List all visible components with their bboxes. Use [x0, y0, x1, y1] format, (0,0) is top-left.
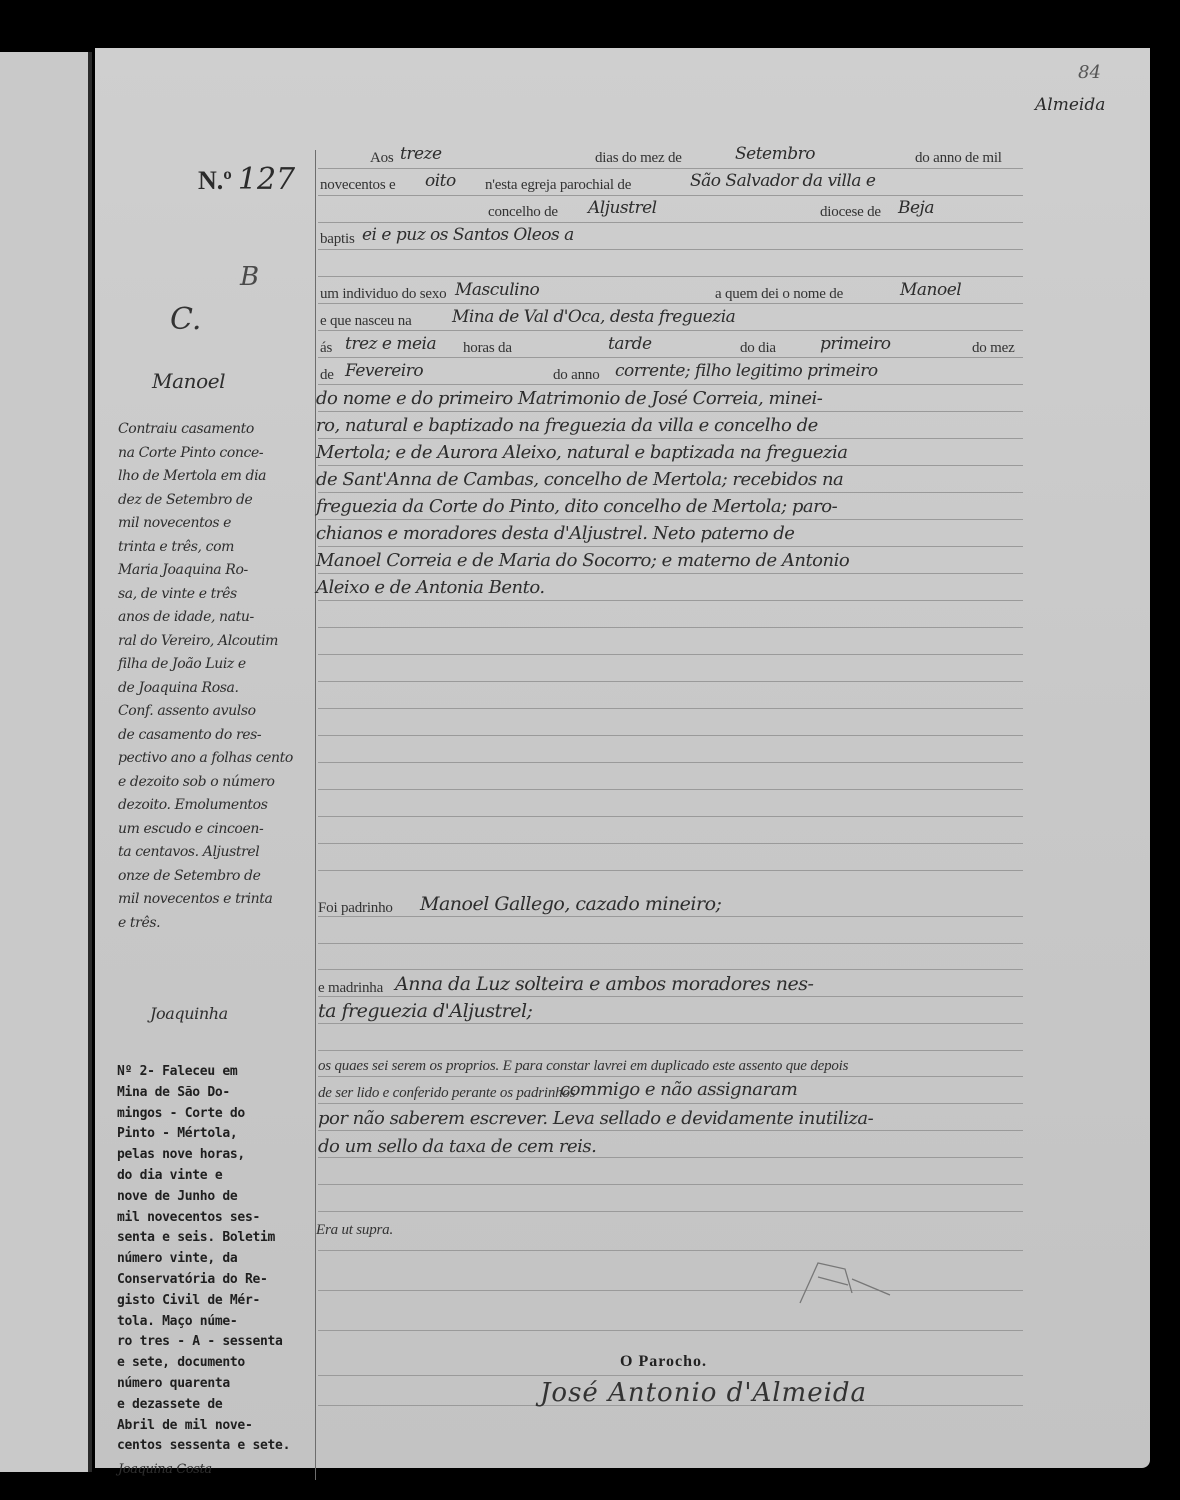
closing-hand-1: commigo e não assignaram: [560, 1079, 797, 1100]
closing-printed-2: de ser lido e conferido perante os padri…: [318, 1085, 575, 1102]
margin-letter-b: B: [240, 262, 259, 292]
ruled-line: [318, 1290, 1023, 1291]
ruled-line: [318, 222, 1023, 223]
ruled-line: [318, 735, 1023, 736]
ruled-line: [318, 1184, 1023, 1185]
ruled-line: [318, 1330, 1023, 1331]
margin-divider: [315, 150, 316, 1480]
ruled-line: [318, 1375, 1023, 1376]
entry-body-line: do nome e do primeiro Matrimonio de José…: [316, 388, 822, 409]
folio-number: 84: [1078, 62, 1101, 83]
ruled-line: [318, 330, 1023, 331]
closing-printed-1: os quaes sei serem os proprios. E para c…: [318, 1058, 848, 1075]
entry-body-line: Mertola; e de Aurora Aleixo, natural e b…: [316, 442, 848, 463]
ruled-line: [318, 1023, 1023, 1024]
ruled-line: [318, 438, 1023, 439]
ruled-line: [318, 1103, 1023, 1104]
ruled-line: [318, 943, 1023, 944]
ruled-line: [318, 916, 1023, 917]
ruled-line: [318, 546, 1023, 547]
entry-body-line: ro, natural e baptizado na freguezia da …: [316, 415, 818, 436]
closing-hand-2: por não saberem escrever. Leva sellado e…: [318, 1108, 873, 1129]
parocho-label: O Parocho.: [620, 1353, 707, 1371]
ruled-line: [318, 762, 1023, 763]
entry-number: N.º127: [198, 162, 295, 197]
godmother-line-1: Anna da Luz solteira e ambos moradores n…: [395, 973, 813, 995]
godmother-label: e madrinha: [318, 980, 383, 997]
margin-marriage-signature: Joaquinha: [150, 1002, 228, 1026]
entry-body-line: freguezia da Corte do Pinto, dito concel…: [316, 496, 837, 517]
closing-hand-3: do um sello da taxa de cem reis.: [318, 1136, 596, 1157]
ruled-line: [318, 789, 1023, 790]
corner-signature: Almeida: [1035, 95, 1105, 115]
ruled-line: [318, 573, 1023, 574]
ruled-line: [318, 276, 1023, 277]
margin-name: Manoel: [152, 370, 225, 394]
margin-marriage-note: Contraiu casamento na Corte Pinto conce-…: [118, 418, 293, 935]
margin-letter-c: C.: [170, 302, 201, 337]
scribble-mark: [790, 1255, 900, 1310]
entry-number-value: 127: [238, 162, 295, 197]
entry-body-line: Manoel Correia e de Maria do Socorro; e …: [316, 550, 849, 571]
ruled-line: [318, 303, 1023, 304]
entry-label: N.º: [198, 166, 232, 195]
ruled-line: [318, 1250, 1023, 1251]
ruled-line: [318, 843, 1023, 844]
godmother-line-2: ta freguezia d'Aljustrel;: [318, 1000, 532, 1022]
parocho-signature: José Antonio d'Almeida: [540, 1378, 867, 1408]
ruled-line: [318, 1050, 1023, 1051]
margin-death-note: Nº 2- Faleceu em Mina de São Do- mingos …: [117, 1062, 290, 1457]
ruled-line: [318, 681, 1023, 682]
ruled-line: [318, 816, 1023, 817]
ruled-line: [318, 195, 1023, 196]
ruled-line: [318, 1130, 1023, 1131]
ruled-line: [318, 465, 1023, 466]
ruled-line: [318, 168, 1023, 169]
ruled-line: [318, 1211, 1023, 1212]
entry-body-line: Aleixo e de Antonia Bento.: [316, 577, 545, 598]
margin-death-signature: Joaquina Costa: [118, 1458, 212, 1482]
ruled-line: [318, 627, 1023, 628]
entry-body-line: de Sant'Anna de Cambas, concelho de Mert…: [316, 469, 843, 490]
facing-page: [0, 52, 92, 1472]
ruled-line: [318, 708, 1023, 709]
godfather-name: Manoel Gallego, cazado mineiro;: [420, 893, 721, 915]
ruled-line: [318, 357, 1023, 358]
ruled-line: [318, 249, 1023, 250]
ruled-line: [318, 519, 1023, 520]
ruled-line: [318, 411, 1023, 412]
page-fold: [88, 52, 92, 1472]
era-ut-supra: Era ut supra.: [316, 1222, 393, 1239]
ruled-line: [318, 969, 1023, 970]
ruled-line: [318, 492, 1023, 493]
godfather-label: Foi padrinho: [318, 900, 393, 917]
ruled-line: [318, 870, 1023, 871]
ruled-line: [318, 1157, 1023, 1158]
ruled-line: [318, 384, 1023, 385]
ruled-line: [318, 996, 1023, 997]
ruled-line: [318, 1076, 1023, 1077]
ruled-line: [318, 654, 1023, 655]
entry-body-line: chianos e moradores desta d'Aljustrel. N…: [316, 523, 794, 544]
ruled-line: [318, 600, 1023, 601]
